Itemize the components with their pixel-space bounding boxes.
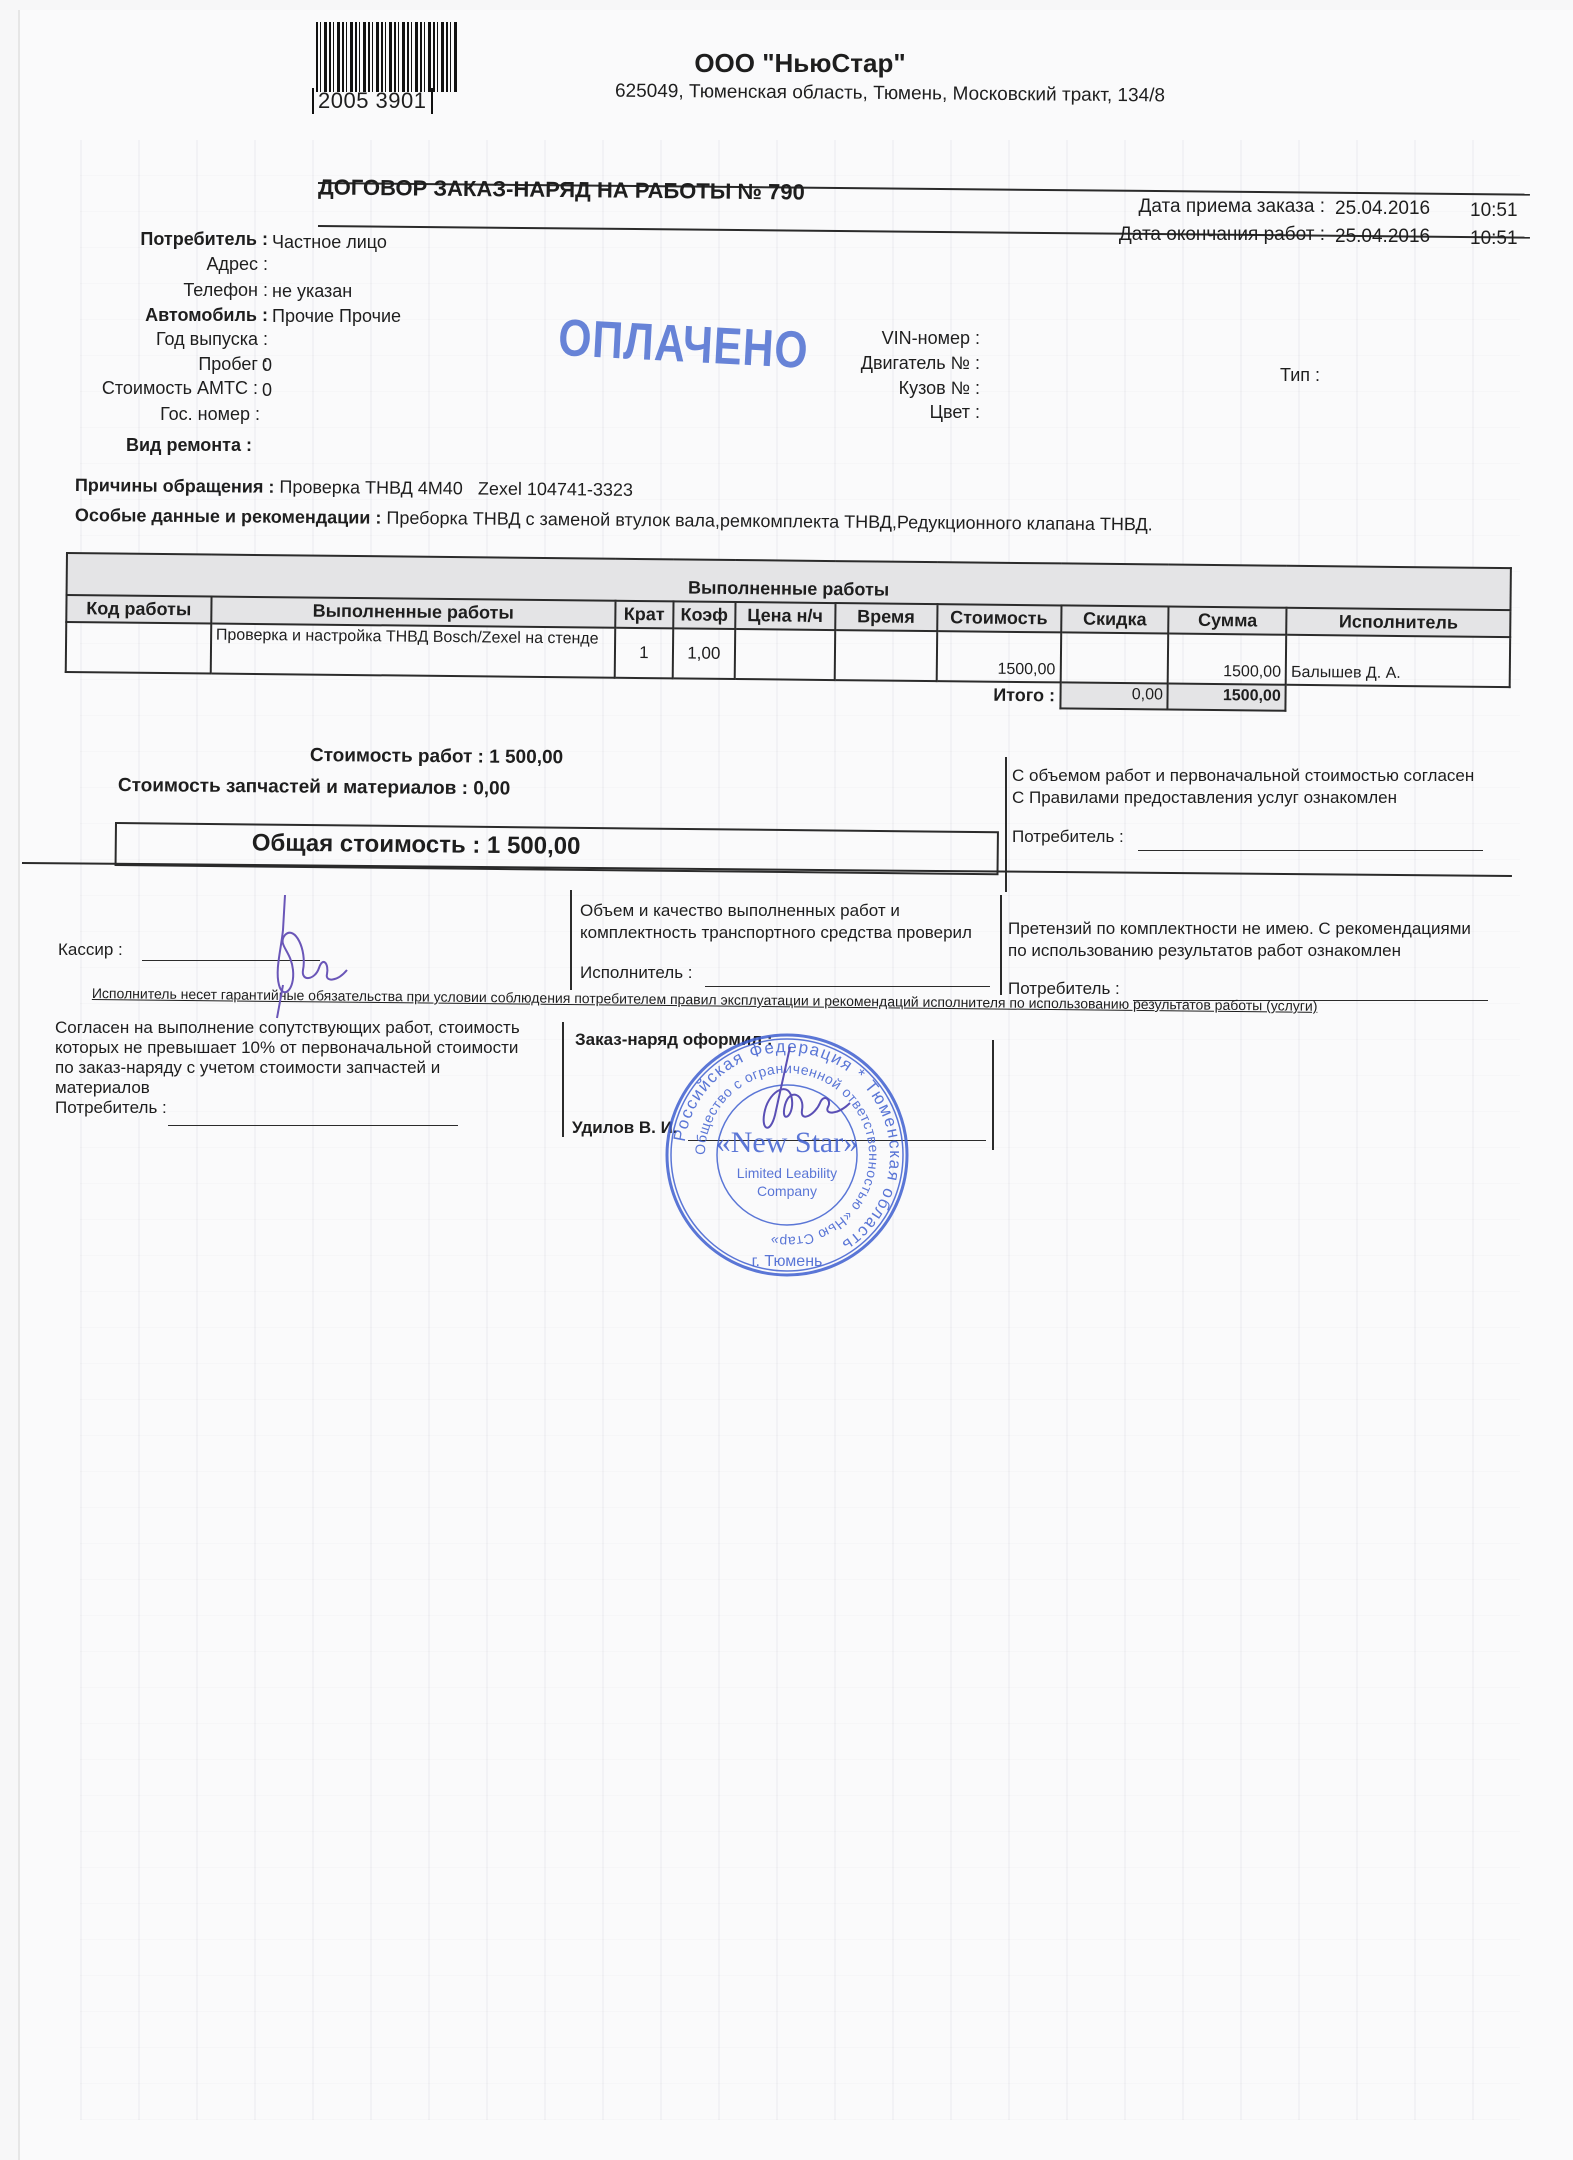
consumer-sign-label-3: Потребитель : (55, 1097, 167, 1118)
total-discount: 0,00 (1060, 682, 1168, 709)
cell-coef: 1,00 (673, 628, 736, 679)
extra-works-line-2: которых не превышает 10% от первоначальн… (55, 1037, 518, 1058)
col-executor: Исполнитель (1286, 608, 1510, 637)
received-date-label: Дата приема заказа : (1040, 196, 1325, 218)
vin-label: VIN-номер : (820, 328, 980, 349)
parts-cost-row: Стоимость запчастей и материалов : 0,00 (118, 775, 511, 800)
amts-cost-label: Стоимость АМТС : (40, 378, 258, 399)
consumer-signature-line-3[interactable] (168, 1125, 458, 1126)
cell-code (66, 622, 211, 674)
works-cost-value: 1 500,00 (489, 747, 563, 769)
mileage-value: 0 (262, 355, 272, 376)
barcode-number: 2005 3901 (312, 88, 433, 114)
no-claims-line-2: по использованию результатов работ ознак… (1008, 940, 1401, 961)
total-cost-row: Общая стоимость : 1 500,00 (252, 829, 581, 860)
extra-works-line-1: Согласен на выполнение сопутствующих раб… (55, 1017, 520, 1038)
amts-cost-value: 0 (262, 380, 272, 401)
claims-divider (1000, 895, 1002, 995)
col-work: Выполненные работы (211, 597, 615, 628)
notes-label: Особые данные и рекомендации : (75, 505, 382, 528)
car-label: Автомобиль : (60, 305, 268, 326)
col-coef: Коэф (673, 601, 735, 629)
cell-time (834, 630, 936, 681)
consumer-label: Потребитель : (60, 229, 268, 250)
col-code: Код работы (66, 595, 211, 624)
received-date: 25.04.2016 (1335, 198, 1430, 220)
col-rate: Цена н/ч (735, 602, 835, 630)
cell-discount (1060, 632, 1168, 683)
received-time: 10:51 (1470, 200, 1518, 222)
no-claims-line-1: Претензий по комплектности не имею. С ре… (1008, 918, 1471, 939)
cashier-signature (255, 890, 375, 1020)
checked-line-1: Объем и качество выполненных работ и (580, 900, 900, 921)
seal-city: г. Тюмень (752, 1253, 823, 1270)
cell-work: Проверка и настройка ТНВД Bosch/Zexel на… (211, 624, 616, 678)
cell-sum: 1500,00 (1168, 634, 1286, 685)
finished-date: 25.04.2016 (1335, 226, 1430, 248)
scope-agreement-line-1: С объемом работ и первоначальной стоимос… (1012, 765, 1474, 786)
finished-time: 10:51 (1470, 228, 1518, 250)
works-cost-label: Стоимость работ : (310, 745, 484, 768)
col-discount: Скидка (1061, 605, 1169, 633)
body-label: Кузов № : (820, 378, 980, 399)
color-label: Цвет : (820, 402, 980, 423)
col-time: Время (835, 603, 937, 631)
cell-qty: 1 (615, 628, 673, 679)
cell-rate (735, 629, 835, 680)
reason-label: Причины обращения : (75, 475, 275, 497)
consumer-signature-line-1[interactable] (1138, 850, 1483, 851)
plate-label: Гос. номер : (60, 404, 260, 425)
cashier-label: Кассир : (58, 940, 123, 960)
mileage-label: Пробег : (60, 354, 268, 375)
seal-center-line-3: Company (757, 1183, 817, 1199)
checked-divider (570, 890, 572, 990)
total-label: Итого : (936, 681, 1060, 708)
address-label: Адрес : (60, 254, 268, 275)
issued-right-divider (992, 1040, 994, 1150)
parts-cost-value: 0,00 (473, 778, 510, 799)
car-value: Прочие Прочие (272, 306, 401, 327)
executor-sign-label: Исполнитель : (580, 962, 693, 983)
parts-cost-label: Стоимость запчастей и материалов : (118, 775, 468, 799)
scope-agreement-line-2: С Правилами предоставления услуг ознаком… (1012, 787, 1397, 808)
col-sum: Сумма (1169, 607, 1287, 635)
cell-cost: 1500,00 (936, 631, 1060, 682)
year-label: Год выпуска : (60, 329, 268, 350)
company-name: ООО "НьюСтар" (520, 48, 1080, 79)
barcode-bars (316, 22, 458, 92)
phone-label: Телефон : (60, 280, 268, 301)
col-cost: Стоимость (937, 604, 1061, 632)
finished-date-label: Дата окончания работ : (1040, 224, 1325, 246)
works-table: Выполненные работы Код работы Выполненны… (64, 552, 1511, 714)
total-cost-label: Общая стоимость : (252, 829, 481, 858)
total-cost-value: 1 500,00 (487, 832, 581, 860)
works-cost-row: Стоимость работ : 1 500,00 (310, 745, 563, 769)
barcode: 2005 3901 (312, 22, 462, 118)
checked-line-2: комплектность транспортного средства про… (580, 922, 972, 943)
cell-executor: Балышев Д. А. (1286, 635, 1510, 687)
col-qty: Крат (615, 601, 673, 629)
extra-works-line-4: материалов (55, 1077, 150, 1098)
repair-type-label: Вид ремонта : (60, 435, 252, 456)
consumer-sign-label-1: Потребитель : (1012, 826, 1124, 847)
extra-works-line-3: по заказ-наряду с учетом стоимости запча… (55, 1057, 440, 1078)
phone-value: не указан (272, 281, 352, 302)
order-title: ДОГОВОР ЗАКАЗ-НАРЯД НА РАБОТЫ № 790 (318, 174, 805, 205)
issued-left-divider (562, 1022, 564, 1137)
issued-by-signature (720, 1045, 870, 1155)
total-sum: 1500,00 (1168, 684, 1286, 711)
type-label: Тип : (1280, 365, 1320, 386)
engine-label: Двигатель № : (820, 353, 980, 374)
seal-center-line-2: Limited Leability (737, 1165, 837, 1181)
reason-value: Проверка ТНВД 4М40 Zexel 104741-3323 (279, 477, 633, 500)
executor-signature-line[interactable] (705, 986, 990, 987)
consumer-value: Частное лицо (272, 232, 387, 253)
